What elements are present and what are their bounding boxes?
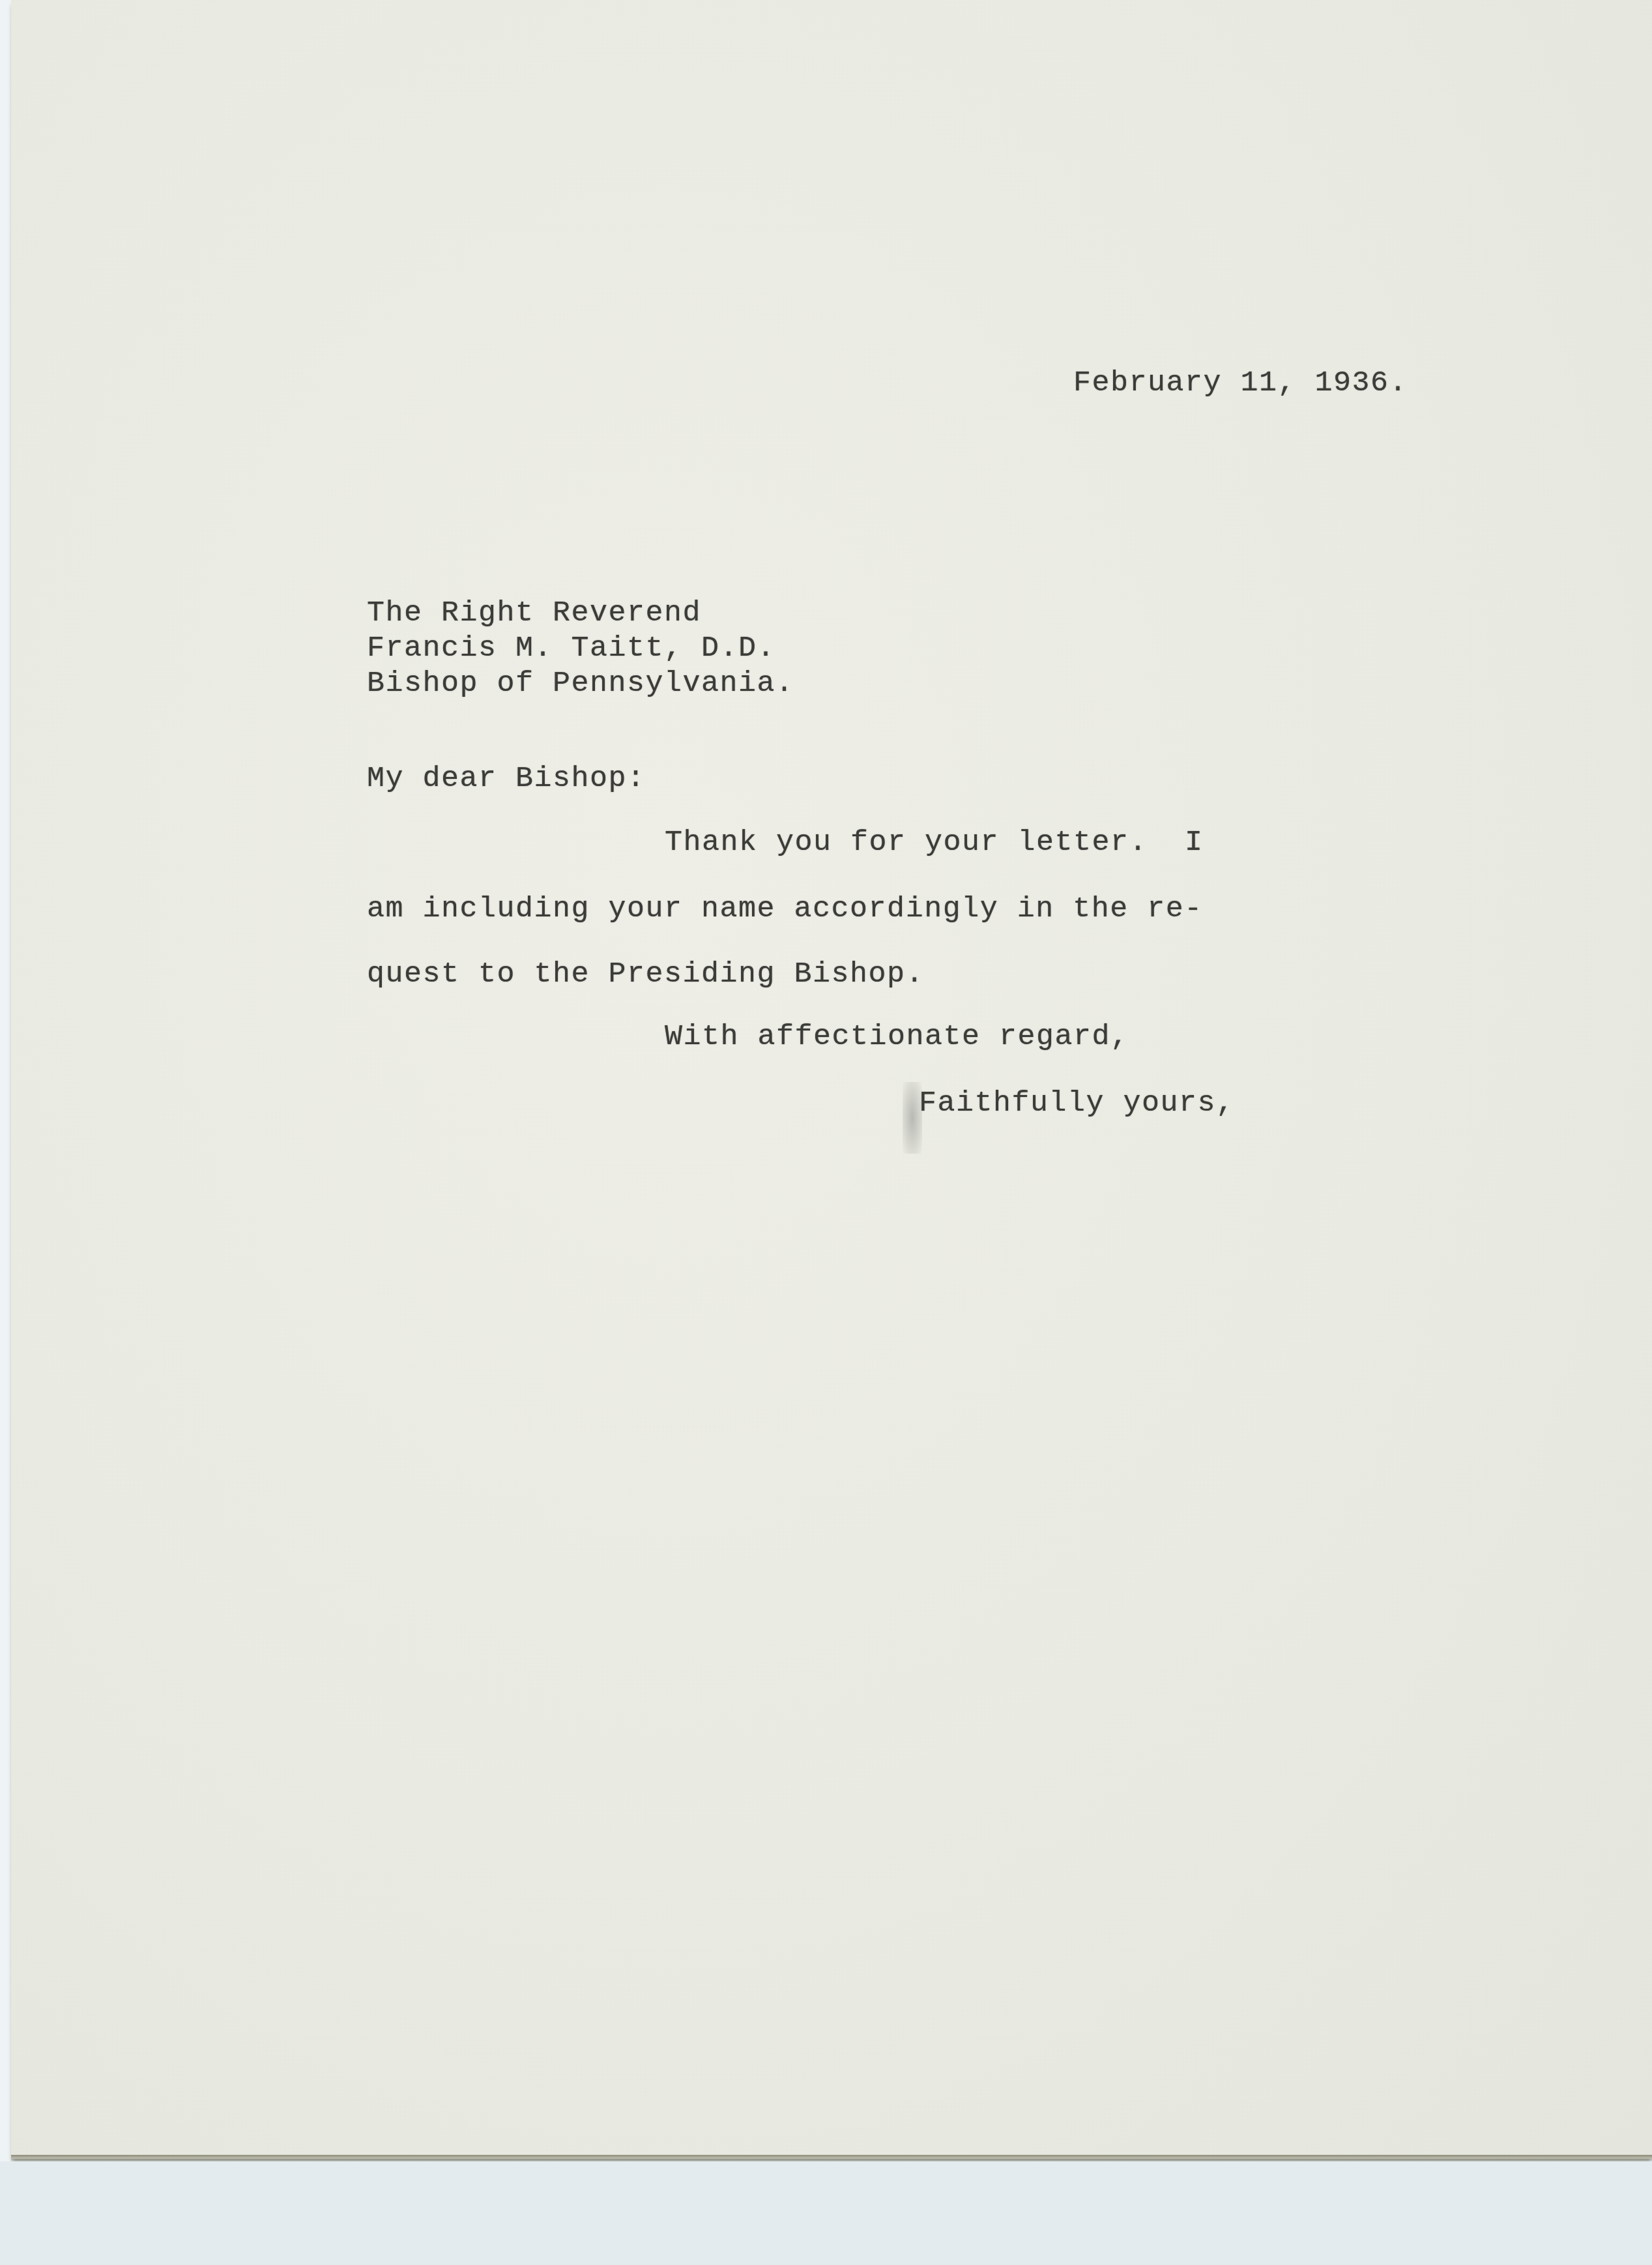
salutation: My dear Bishop:	[367, 764, 646, 793]
recipient-line-3: Bishop of Pennsylvania.	[367, 669, 794, 698]
body-line-1: Thank you for your letter. I	[665, 828, 1204, 857]
body-line-3: quest to the Presiding Bishop.	[367, 959, 924, 989]
letter-page	[11, 0, 1652, 2159]
recipient-line-1: The Right Reverend	[367, 598, 701, 628]
closing-regard: With affectionate regard,	[665, 1022, 1129, 1051]
letter-date: February 11, 1936.	[1073, 368, 1408, 398]
recipient-line-2: Francis M. Taitt, D.D.	[367, 634, 775, 663]
scanner-background-left	[0, 0, 11, 2265]
paper-bottom-edge	[11, 2155, 1652, 2161]
body-line-2: am including your name accordingly in th…	[367, 894, 1203, 924]
closing-signoff: Faithfully yours,	[919, 1089, 1235, 1118]
scanner-background-bottom	[0, 2161, 1652, 2265]
